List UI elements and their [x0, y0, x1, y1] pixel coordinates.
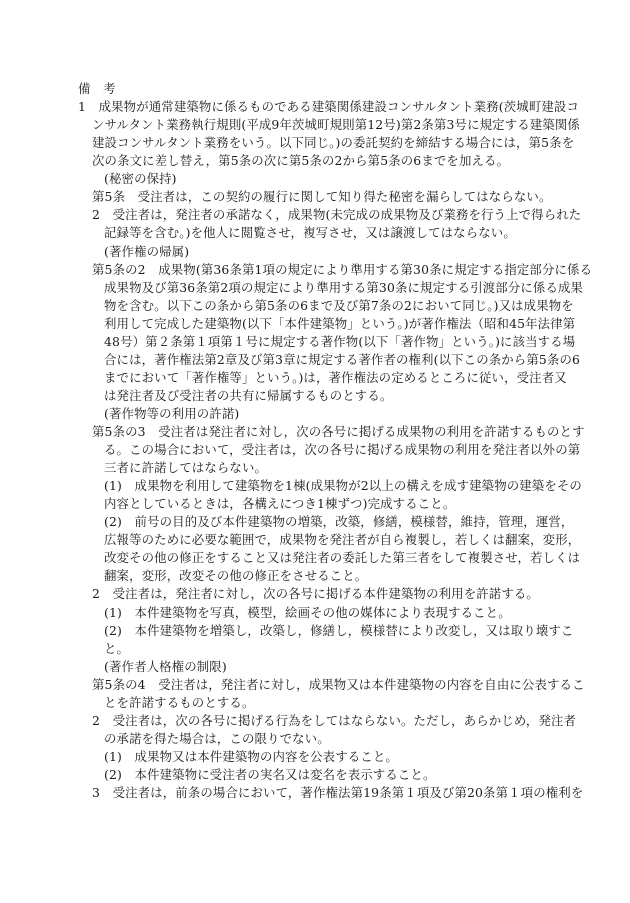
- document-line: 成果物及び第36条第2項の規定により準用する第30条に規定する引渡部分に係る成果: [104, 280, 583, 296]
- document-line: 物を含む。以下この条から第5条の6まで及び第7条の2において同じ。)又は成果物を: [104, 298, 574, 314]
- document-line: 三者に許諾してはならない。: [104, 460, 267, 476]
- document-page: 備 考1 成果物が通常建築物に係るものである建築関係建設コンサルタント業務(茨城…: [0, 0, 630, 903]
- document-line: 広報等のために必要な範囲で，成果物を発注者が自ら複製し，若しくは翻案，変形，: [104, 532, 580, 548]
- document-line: (1) 成果物を利用して建築物を1棟(成果物が2以上の構えを成す建築物の建築をそ…: [104, 478, 582, 494]
- document-line: 記録等を含む。)を他人に閲覧させ，複写させ，又は譲渡してはならない。: [104, 225, 516, 241]
- document-line: 第5条 受注者は，この契約の履行に関して知り得た秘密を漏らしてはならない。: [92, 189, 552, 205]
- document-line: 2 受注者は，発注者に対し，次の各号に掲げる本件建築物の利用を許諾する。: [92, 586, 539, 602]
- document-line: 第5条の3 受注者は発注者に対し，次の各号に掲げる成果物の利用を許諾するものとす: [92, 424, 585, 440]
- document-line: 次の条文に差し替え，第5条の次に第5条の2から第5条の6までを加える。: [92, 153, 509, 169]
- document-line: 利用して完成した建築物(以下「本件建築物」という。)が著作権法（昭和45年法律第: [104, 316, 575, 332]
- document-line: 合には，著作権法第2章及び第3章に規定する著作者の権利(以下この条から第5条の6: [104, 352, 580, 368]
- document-line: (著作物等の利用の許諾): [104, 406, 239, 422]
- document-line: (著作者人格権の制限): [104, 659, 227, 675]
- document-line: (2) 本件建築物に受注者の実名又は変名を表示すること。: [104, 767, 436, 783]
- document-line: 翻案，変形，改変その他の修正をさせること。: [104, 568, 367, 584]
- document-line: 改変その他の修正をすること又は発注者の委託した第三者をして複製させ，若しくは: [104, 550, 580, 566]
- document-line: 内容としているときは，各構えにつき1棟ずつ)完成すること。: [104, 496, 455, 512]
- document-line: は発注者及び受注者の共有に帰属するものとする。: [104, 388, 392, 404]
- document-line: の承諾を得た場合は，この限りでない。: [104, 731, 330, 747]
- document-line: (著作権の帰属): [104, 244, 189, 260]
- document-line: 第5条の2 成果物(第36条第1項の規定により準用する第30条に規定する指定部分…: [92, 262, 592, 278]
- document-line: とを許諾するものとする。: [104, 695, 255, 711]
- document-line: (2) 前号の目的及び本件建築物の増築，改築，修繕，模様替，維持，管理，運営，: [104, 514, 573, 530]
- document-line: 1 成果物が通常建築物に係るものである建築関係建設コンサルタント業務(茨城町建設…: [78, 99, 579, 115]
- document-line: る。この場合において，受注者は，次の各号に掲げる成果物の利用を発注者以外の第: [104, 442, 580, 458]
- document-line: 3 受注者は，前条の場合において，著作権法第19条第１項及び第20条第１項の権利…: [92, 785, 583, 801]
- document-line: (1) 本件建築物を写真，模型，絵画その他の媒体により表現すること。: [104, 605, 511, 621]
- section-heading: 備 考: [78, 81, 116, 97]
- document-line: ンサルタント業務執行規則(平成9年茨城町規則第12号)第2条第3号に規定する建築…: [92, 117, 580, 133]
- document-line: (秘密の保持): [104, 171, 177, 187]
- document-line: (1) 成果物又は本件建築物の内容を公表すること。: [104, 749, 398, 765]
- document-line: までにおいて「著作権等」という。)は，著作権法の定めるところに従い，受注者又: [104, 370, 567, 386]
- document-line: 第5条の4 受注者は，発注者に対し，成果物又は本件建築物の内容を自由に公表するこ: [92, 677, 585, 693]
- document-line: (2) 本件建築物を増築し，改築し，修繕し，模様替により改変し，又は取り壊すこ: [104, 623, 573, 639]
- document-line: と。: [104, 641, 129, 657]
- document-line: 2 受注者は，発注者の承諾なく，成果物(未完成の成果物及び業務を行う上で得られた: [92, 207, 581, 223]
- document-line: 48号）第２条第１項第１号に規定する著作物(以下「著作物」という。)に該当する場: [104, 334, 575, 350]
- document-line: 2 受注者は，次の各号に掲げる行為をしてはならない。ただし，あらかじめ，発注者: [92, 713, 576, 729]
- document-line: 建設コンサルタント業務をいう。以下同じ。)の委託契約を締結する場合には，第5条を: [92, 135, 574, 151]
